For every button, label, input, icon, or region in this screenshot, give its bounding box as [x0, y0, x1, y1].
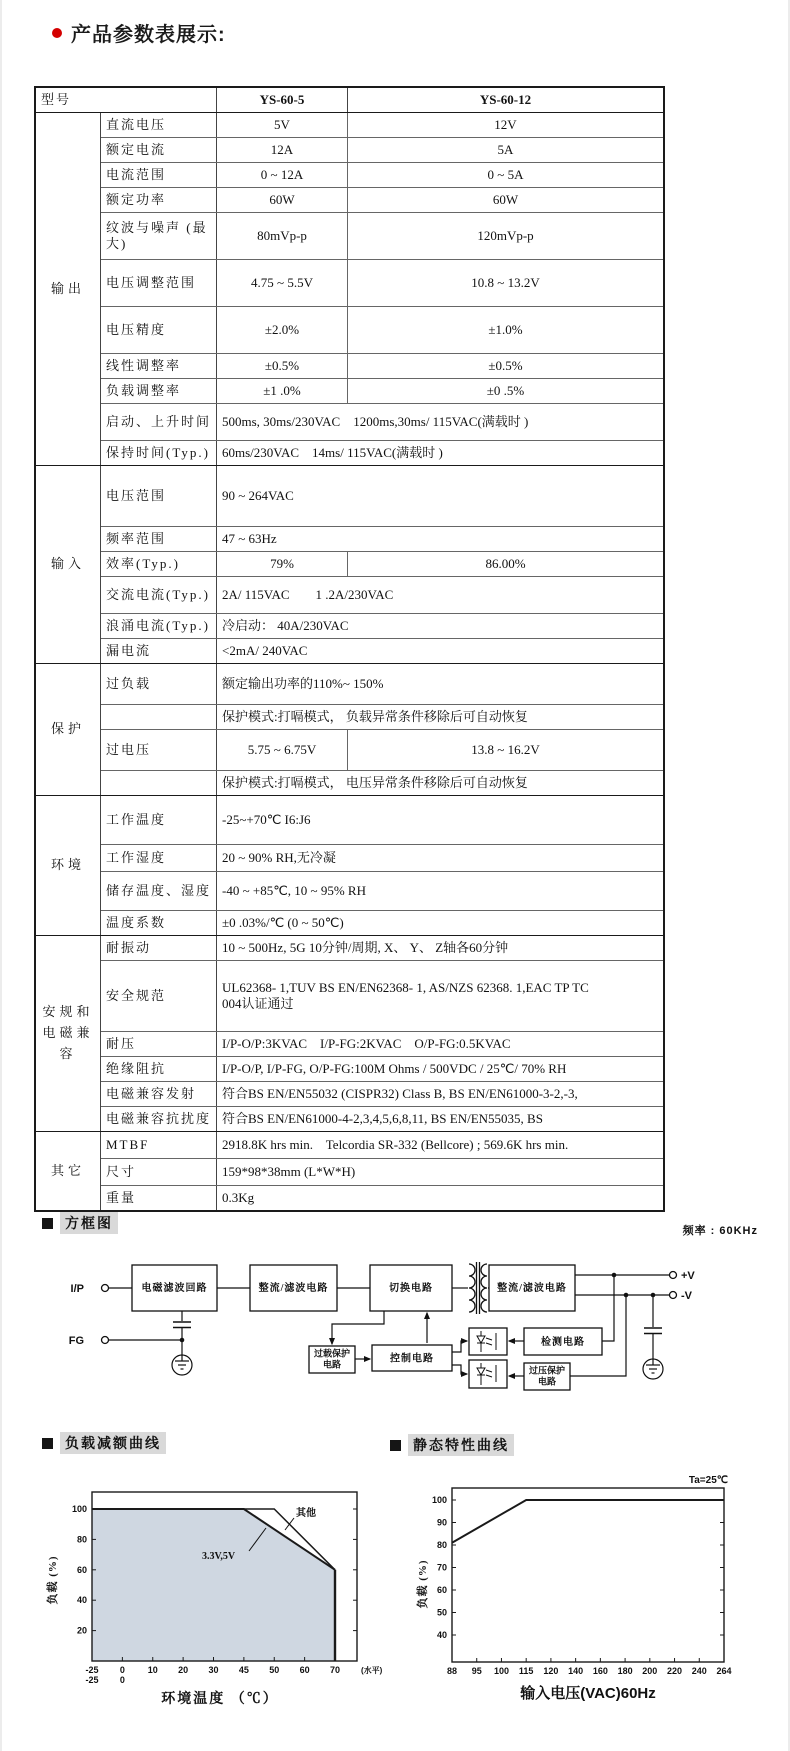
value-span-cell: -40 ~ +85℃, 10 ~ 95% RH [217, 872, 663, 910]
vplus-terminal-label: +V [681, 1270, 695, 1282]
value-cell-col2: ±0 .5% [348, 379, 663, 403]
value-span-cell: 20 ~ 90% RH,无冷凝 [217, 845, 663, 871]
square-bullet-icon [42, 1218, 53, 1229]
value-span-cell: 0.3Kg [217, 1186, 663, 1210]
row-label-cell: 工作湿度 [101, 845, 217, 871]
static-chart-heading-text: 静态特性曲线 [408, 1434, 514, 1456]
row-label-cell: 耐振动 [101, 936, 217, 960]
section-rows: 工作温度-25~+70℃ I6:J6工作湿度20 ~ 90% RH,无冷凝储存温… [101, 796, 663, 935]
y-tick-label: 50 [437, 1608, 447, 1618]
row-label-cell: 安全规范 [101, 961, 217, 1031]
table-row: 安全规范UL62368- 1,TUV BS EN/EN62368- 1, AS/… [101, 960, 663, 1031]
page-title-row: 产品参数表展示: [52, 18, 226, 47]
rectifier1-block-label: 整流/滤波电路 [259, 1281, 329, 1294]
value-span-cell: 保护模式:打嗝模式， 电压异常条件移除后可自动恢复 [217, 771, 663, 795]
emi-filter-block-label: 电磁滤波回路 [142, 1281, 208, 1294]
value-span-cell: 额定输出功率的110%~ 150% [217, 664, 663, 704]
value-span-cell: UL62368- 1,TUV BS EN/EN62368- 1, AS/NZS … [217, 961, 663, 1031]
table-row: 效率(Typ.)79%86.00% [101, 551, 663, 576]
x-tick-label: 50 [269, 1665, 279, 1675]
overload-block-label: 过载保护 [313, 1348, 350, 1359]
value-span-cell: 159*98*38mm (L*W*H) [217, 1159, 663, 1185]
detect-block-label: 检测电路 [541, 1335, 585, 1348]
value-cell-col1: ±0.5% [217, 354, 348, 378]
x-tick-label: 264 [716, 1666, 731, 1676]
x-tick-label: 200 [642, 1666, 657, 1676]
ambient-temp-annotation: Ta=25℃ [689, 1475, 728, 1486]
table-row: 温度系数±0 .03%/℃ (0 ~ 50℃) [101, 910, 663, 935]
row-label-cell: 工作温度 [101, 796, 217, 844]
table-row: 保护模式:打嗝模式， 负载异常条件移除后可自动恢复 [101, 704, 663, 729]
row-label-cell: 重量 [101, 1186, 217, 1210]
row-label-cell: 过负载 [101, 664, 217, 704]
derating-chart-heading-text: 负载减额曲线 [60, 1432, 166, 1454]
x-tick-label: 70 [330, 1665, 340, 1675]
red-bullet-icon [52, 28, 62, 38]
table-row: 耐振动10 ~ 500Hz, 5G 10分钟/周期, X、 Y、 Z轴各60分钟 [101, 936, 663, 960]
derating-shade [92, 1509, 335, 1661]
group-label-cell: 环境 [36, 796, 101, 935]
table-row: 浪涌电流(Typ.)冷启动： 40A/230VAC [101, 613, 663, 638]
table-row: 工作温度-25~+70℃ I6:J6 [101, 796, 663, 844]
model-col1-header: YS-60-5 [217, 88, 348, 112]
row-label-cell: 浪涌电流(Typ.) [101, 614, 217, 638]
value-span-cell: 47 ~ 63Hz [217, 527, 663, 551]
table-row: 负载调整率±1 .0%±0 .5% [101, 378, 663, 403]
group-label-cell: 输出 [36, 113, 101, 465]
row-label-cell: 交流电流(Typ.) [101, 577, 217, 613]
row-label-cell: 耐压 [101, 1032, 217, 1056]
x-tick-label: -25 [85, 1665, 98, 1675]
table-row: 频率范围47 ~ 63Hz [101, 526, 663, 551]
table-row: 线性调整率±0.5%±0.5% [101, 353, 663, 378]
table-row: 电流范围0 ~ 12A0 ~ 5A [101, 162, 663, 187]
table-section: 安规和电磁兼容耐振动10 ~ 500Hz, 5G 10分钟/周期, X、 Y、 … [36, 935, 663, 1131]
table-row: 额定电流12A5A [101, 137, 663, 162]
x-tick-label: 115 [519, 1666, 534, 1676]
table-row: 漏电流<2mA/ 240VAC [101, 638, 663, 663]
plot-border [452, 1488, 724, 1662]
static-x-axis-title: 输入电压(VAC)60Hz [519, 1684, 656, 1702]
square-bullet-icon [42, 1438, 53, 1449]
table-row: 耐压I/P-O/P:3KVAC I/P-FG:2KVAC O/P-FG:0.5K… [101, 1031, 663, 1056]
table-row: 交流电流(Typ.)2A/ 115VAC 1 .2A/230VAC [101, 576, 663, 613]
row-label-cell: 频率范围 [101, 527, 217, 551]
value-span-cell: 60ms/230VAC 14ms/ 115VAC(满载时 ) [217, 441, 663, 465]
row-label-cell: 尺寸 [101, 1159, 217, 1185]
table-row: 保护模式:打嗝模式， 电压异常条件移除后可自动恢复 [101, 770, 663, 795]
row-label-cell: 电压范围 [101, 466, 217, 526]
row-label-cell: 纹波与噪声 (最大) [101, 213, 217, 259]
x-tick-label: 220 [667, 1666, 682, 1676]
value-span-cell: 符合BS EN/EN61000-4-2,3,4,5,6,8,11, BS EN/… [217, 1107, 663, 1131]
table-row: 绝缘阻抗I/P-O/P, I/P-FG, O/P-FG:100M Ohms / … [101, 1056, 663, 1081]
group-label-cell: 输入 [36, 466, 101, 663]
value-cell-col2: 12V [348, 113, 663, 137]
y-tick-label: 100 [432, 1495, 447, 1505]
transformer-icon [469, 1262, 487, 1314]
table-row: 过电压5.75 ~ 6.75V13.8 ~ 16.2V [101, 729, 663, 770]
value-cell-col2: 86.00% [348, 552, 663, 576]
value-span-cell: -25~+70℃ I6:J6 [217, 796, 663, 844]
group-label-cell: 安规和电磁兼容 [36, 936, 101, 1131]
row-label-cell: 电流范围 [101, 163, 217, 187]
value-cell-col1: 80mVp-p [217, 213, 348, 259]
row-label-cell: 直流电压 [101, 113, 217, 137]
spec-table: 型号YS-60-5YS-60-12输出直流电压5V12V额定电流12A5A电流范… [34, 86, 665, 1212]
derating-chart-heading: 负载减额曲线 [42, 1432, 166, 1454]
x-tick-label: 45 [239, 1665, 249, 1675]
table-section: 其它MTBF2918.8K hrs min. Telcordia SR-332 … [36, 1131, 663, 1210]
y-tick-label: 20 [77, 1626, 87, 1636]
table-header-row: 型号YS-60-5YS-60-12 [36, 88, 663, 112]
value-cell-col2: 120mVp-p [348, 213, 663, 259]
row-label-cell: 过电压 [101, 730, 217, 770]
x-tick-label: 140 [568, 1666, 583, 1676]
row-label-cell: 电磁兼容抗扰度 [101, 1107, 217, 1131]
value-cell-col2: ±0.5% [348, 354, 663, 378]
x-tick-label: 160 [593, 1666, 608, 1676]
value-cell-col2: ±1.0% [348, 307, 663, 353]
group-label-cell: 其它 [36, 1132, 101, 1210]
value-cell-col1: 60W [217, 188, 348, 212]
table-row: 储存温度、湿度-40 ~ +85℃, 10 ~ 95% RH [101, 871, 663, 910]
x-tick-label: 240 [692, 1666, 707, 1676]
table-row: 过负载额定输出功率的110%~ 150% [101, 664, 663, 704]
table-section: 输出直流电压5V12V额定电流12A5A电流范围0 ~ 12A0 ~ 5A额定功… [36, 112, 663, 465]
row-label-cell: 线性调整率 [101, 354, 217, 378]
vminus-terminal-label: -V [681, 1290, 693, 1302]
value-span-cell: 10 ~ 500Hz, 5G 10分钟/周期, X、 Y、 Z轴各60分钟 [217, 936, 663, 960]
table-row: 直流电压5V12V [101, 113, 663, 137]
square-bullet-icon [390, 1440, 401, 1451]
table-row: 工作湿度20 ~ 90% RH,无冷凝 [101, 844, 663, 871]
row-label-cell: 启动、上升时间 [101, 404, 217, 440]
x-tick-label: 100 [494, 1666, 509, 1676]
y-tick-label: 70 [437, 1563, 447, 1573]
section-rows: MTBF2918.8K hrs min. Telcordia SR-332 (B… [101, 1132, 663, 1210]
fg-terminal-label: FG [69, 1335, 84, 1347]
y-tick-label: 100 [72, 1504, 87, 1514]
y-tick-label: 60 [77, 1565, 87, 1575]
value-cell-col1: 0 ~ 12A [217, 163, 348, 187]
group-label-cell: 保护 [36, 664, 101, 795]
value-cell-col1: ±1 .0% [217, 379, 348, 403]
x-tick-label: 20 [178, 1665, 188, 1675]
row-label-cell: 负载调整率 [101, 379, 217, 403]
value-span-cell: 冷启动： 40A/230VAC [217, 614, 663, 638]
x-tick-label: 95 [472, 1666, 482, 1676]
x-tick-label: 30 [208, 1665, 218, 1675]
value-cell-col1: 79% [217, 552, 348, 576]
rectifier2-block-label: 整流/滤波电路 [497, 1281, 567, 1294]
row-label-cell: 温度系数 [101, 911, 217, 935]
table-row: 纹波与噪声 (最大)80mVp-p120mVp-p [101, 212, 663, 259]
model-col2-header: YS-60-12 [348, 88, 663, 112]
table-row: 额定功率60W60W [101, 187, 663, 212]
x-axis-suffix: (水平) [361, 1665, 383, 1675]
table-row: 启动、上升时间500ms, 30ms/230VAC 1200ms,30ms/ 1… [101, 403, 663, 440]
table-row: 保持时间(Typ.)60ms/230VAC 14ms/ 115VAC(满载时 ) [101, 440, 663, 465]
x-tick-label: 180 [618, 1666, 633, 1676]
x-tick-label: 120 [543, 1666, 558, 1676]
derating-chart: 负载 (%) 环境温度 （℃） -25010203045506070-250(水… [42, 1470, 387, 1725]
value-span-cell: I/P-O/P:3KVAC I/P-FG:2KVAC O/P-FG:0.5KVA… [217, 1032, 663, 1056]
datasheet-page: 产品参数表展示: 型号YS-60-5YS-60-12输出直流电压5V12V额定电… [0, 0, 790, 1751]
row-label-cell: 绝缘阻抗 [101, 1057, 217, 1081]
value-span-cell: ±0 .03%/℃ (0 ~ 50℃) [217, 911, 663, 935]
value-span-cell: 2918.8K hrs min. Telcordia SR-332 (Bellc… [217, 1132, 663, 1158]
value-cell-col1: 12A [217, 138, 348, 162]
table-row: 重量0.3Kg [101, 1185, 663, 1210]
static-characteristic-chart: 负载 (%) 输入电压(VAC)60Hz Ta=25℃ 889510011512… [412, 1470, 757, 1725]
static-chart-heading: 静态特性曲线 [390, 1434, 514, 1456]
value-span-cell: 保护模式:打嗝模式， 负载异常条件移除后可自动恢复 [217, 705, 663, 729]
value-cell-col2: 0 ~ 5A [348, 163, 663, 187]
row-label-cell: 漏电流 [101, 639, 217, 663]
table-section: 输入电压范围90 ~ 264VAC频率范围47 ~ 63Hz效率(Typ.)79… [36, 465, 663, 663]
y-tick-label: 40 [437, 1630, 447, 1640]
row-label-cell: MTBF [101, 1132, 217, 1158]
x-tick-label-row2: -25 [85, 1675, 98, 1685]
series-line-load [452, 1500, 724, 1543]
x-tick-label: 0 [120, 1665, 125, 1675]
row-label-cell: 保持时间(Typ.) [101, 441, 217, 465]
y-tick-label: 60 [437, 1585, 447, 1595]
table-row: 电压精度±2.0%±1.0% [101, 306, 663, 353]
section-rows: 耐振动10 ~ 500Hz, 5G 10分钟/周期, X、 Y、 Z轴各60分钟… [101, 936, 663, 1131]
block-diagram-heading: 方框图 [42, 1212, 118, 1234]
derating-y-axis-title: 负载 (%) [45, 1555, 59, 1604]
value-cell-col1: 5.75 ~ 6.75V [217, 730, 348, 770]
row-label-cell: 额定功率 [101, 188, 217, 212]
row-label-cell: 电压精度 [101, 307, 217, 353]
row-label-cell: 电压调整范围 [101, 260, 217, 306]
value-cell-col1: 4.75 ~ 5.5V [217, 260, 348, 306]
y-tick-label: 40 [77, 1595, 87, 1605]
value-span-cell: <2mA/ 240VAC [217, 639, 663, 663]
table-row: 电压调整范围4.75 ~ 5.5V10.8 ~ 13.2V [101, 259, 663, 306]
block-diagram-heading-text: 方框图 [60, 1212, 118, 1234]
y-tick-label: 90 [437, 1518, 447, 1528]
block-diagram: I/P FG +V -V 电磁滤波回路 整流/滤波电路 切换电路 整流/滤波电路… [32, 1248, 762, 1408]
value-span-cell: 500ms, 30ms/230VAC 1200ms,30ms/ 115VAC(满… [217, 404, 663, 440]
model-header-cell: 型号 [36, 88, 217, 112]
value-span-cell: 2A/ 115VAC 1 .2A/230VAC [217, 577, 663, 613]
input-terminal-label: I/P [71, 1283, 84, 1295]
value-span-cell: I/P-O/P, I/P-FG, O/P-FG:100M Ohms / 500V… [217, 1057, 663, 1081]
value-cell-col2: 5A [348, 138, 663, 162]
table-row: 电磁兼容抗扰度符合BS EN/EN61000-4-2,3,4,5,6,8,11,… [101, 1106, 663, 1131]
section-rows: 直流电压5V12V额定电流12A5A电流范围0 ~ 12A0 ~ 5A额定功率6… [101, 113, 663, 465]
series-label-other: 其他 [296, 1506, 316, 1519]
row-label-cell: 额定电流 [101, 138, 217, 162]
y-tick-label: 80 [437, 1540, 447, 1550]
section-rows: 电压范围90 ~ 264VAC频率范围47 ~ 63Hz效率(Typ.)79%8… [101, 466, 663, 663]
value-cell-col2: 10.8 ~ 13.2V [348, 260, 663, 306]
table-section: 环境工作温度-25~+70℃ I6:J6工作湿度20 ~ 90% RH,无冷凝储… [36, 795, 663, 935]
value-cell-col1: 5V [217, 113, 348, 137]
value-span-cell: 符合BS EN/EN55032 (CISPR32) Class B, BS EN… [217, 1082, 663, 1106]
page-title: 产品参数表展示: [71, 18, 226, 47]
row-label-cell: 效率(Typ.) [101, 552, 217, 576]
overload-block-label2: 电路 [323, 1359, 341, 1370]
ovp-block-label2: 电路 [538, 1376, 556, 1387]
table-row: 尺寸159*98*38mm (L*W*H) [101, 1158, 663, 1185]
static-y-axis-title: 负载 (%) [415, 1559, 429, 1608]
derating-x-axis-title: 环境温度 （℃） [161, 1690, 279, 1707]
y-tick-label: 80 [77, 1534, 87, 1544]
value-cell-col2: 60W [348, 188, 663, 212]
value-cell-col1: ±2.0% [217, 307, 348, 353]
x-tick-label: 60 [300, 1665, 310, 1675]
table-row: MTBF2918.8K hrs min. Telcordia SR-332 (B… [101, 1132, 663, 1158]
switch-block-label: 切换电路 [389, 1281, 433, 1294]
x-tick-label: 88 [447, 1666, 457, 1676]
row-label-cell [101, 705, 217, 729]
x-tick-label: 10 [148, 1665, 158, 1675]
table-section: 保护过负载额定输出功率的110%~ 150%保护模式:打嗝模式， 负载异常条件移… [36, 663, 663, 795]
row-label-cell: 电磁兼容发射 [101, 1082, 217, 1106]
control-block-label: 控制电路 [389, 1352, 434, 1365]
row-label-cell: 储存温度、湿度 [101, 872, 217, 910]
value-span-cell: 90 ~ 264VAC [217, 466, 663, 526]
frequency-note: 频率 : 60KHz [558, 1222, 758, 1238]
value-cell-col2: 13.8 ~ 16.2V [348, 730, 663, 770]
section-rows: 过负载额定输出功率的110%~ 150%保护模式:打嗝模式， 负载异常条件移除后… [101, 664, 663, 795]
x-tick-label-row2: 0 [120, 1675, 125, 1685]
row-label-cell [101, 771, 217, 795]
series-label-3v3-5v: 3.3V,5V [202, 1551, 236, 1562]
table-row: 电压范围90 ~ 264VAC [101, 466, 663, 526]
ovp-block-label: 过压保护 [528, 1365, 565, 1376]
table-row: 电磁兼容发射符合BS EN/EN55032 (CISPR32) Class B,… [101, 1081, 663, 1106]
